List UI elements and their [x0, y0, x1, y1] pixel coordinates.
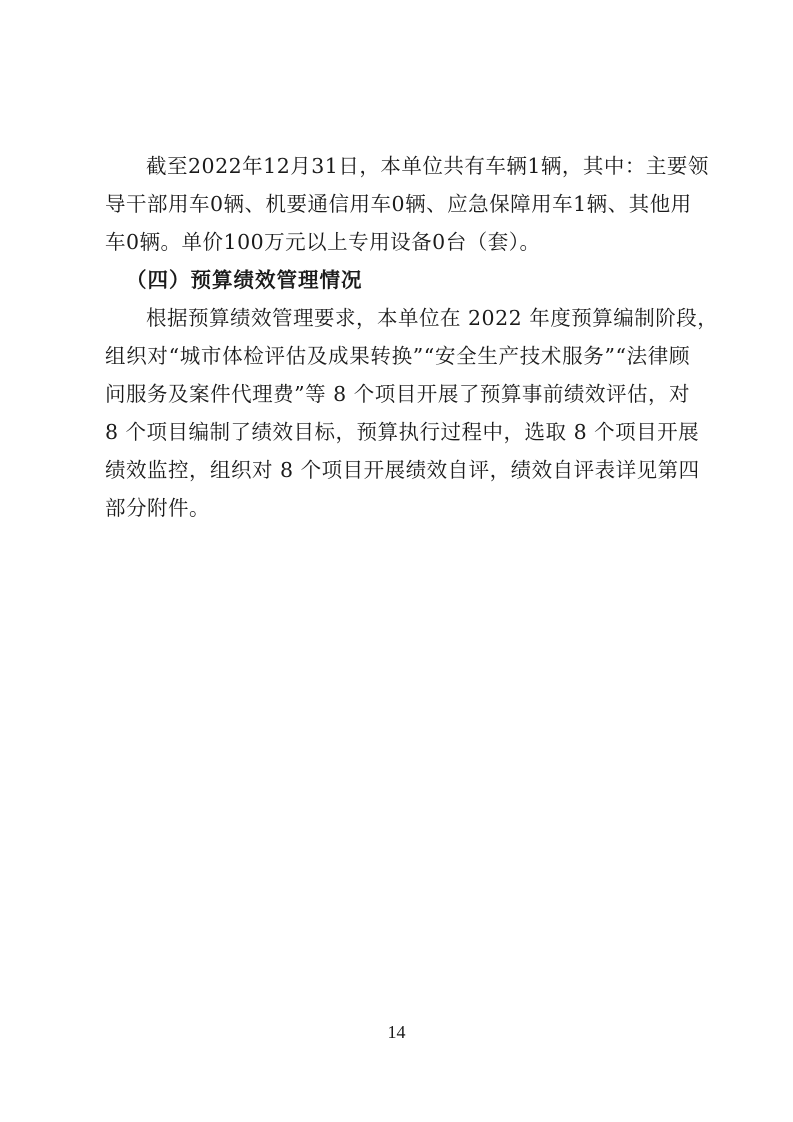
- paragraph-performance-line-6: 部分附件。: [105, 489, 690, 527]
- document-page: 截至2022年12月31日，本单位共有车辆1辆，其中：主要领 导干部用车0辆、机…: [0, 0, 793, 1122]
- paragraph-performance-line-3: 问服务及案件代理费”等 8 个项目开展了预算事前绩效评估，对: [105, 375, 690, 413]
- paragraph-performance-line-5: 绩效监控，组织对 8 个项目开展绩效自评，绩效自评表详见第四: [105, 451, 690, 489]
- paragraph-performance-line-4: 8 个项目编制了绩效目标，预算执行过程中，选取 8 个项目开展: [105, 413, 690, 451]
- paragraph-vehicles-line-1: 截至2022年12月31日，本单位共有车辆1辆，其中：主要领: [146, 147, 690, 185]
- paragraph-performance-line-1: 根据预算绩效管理要求，本单位在 2022 年度预算编制阶段，: [146, 299, 690, 337]
- paragraph-performance-line-2: 组织对“城市体检评估及成果转换”“安全生产技术服务”“法律顾: [105, 337, 690, 375]
- paragraph-vehicles-line-3: 车0辆。单价100万元以上专用设备0台（套）。: [105, 223, 690, 261]
- paragraph-vehicles-line-2: 导干部用车0辆、机要通信用车0辆、应急保障用车1辆、其他用: [105, 185, 690, 223]
- page-number: 14: [0, 1022, 793, 1043]
- section-heading: （四）预算绩效管理情况: [126, 261, 363, 299]
